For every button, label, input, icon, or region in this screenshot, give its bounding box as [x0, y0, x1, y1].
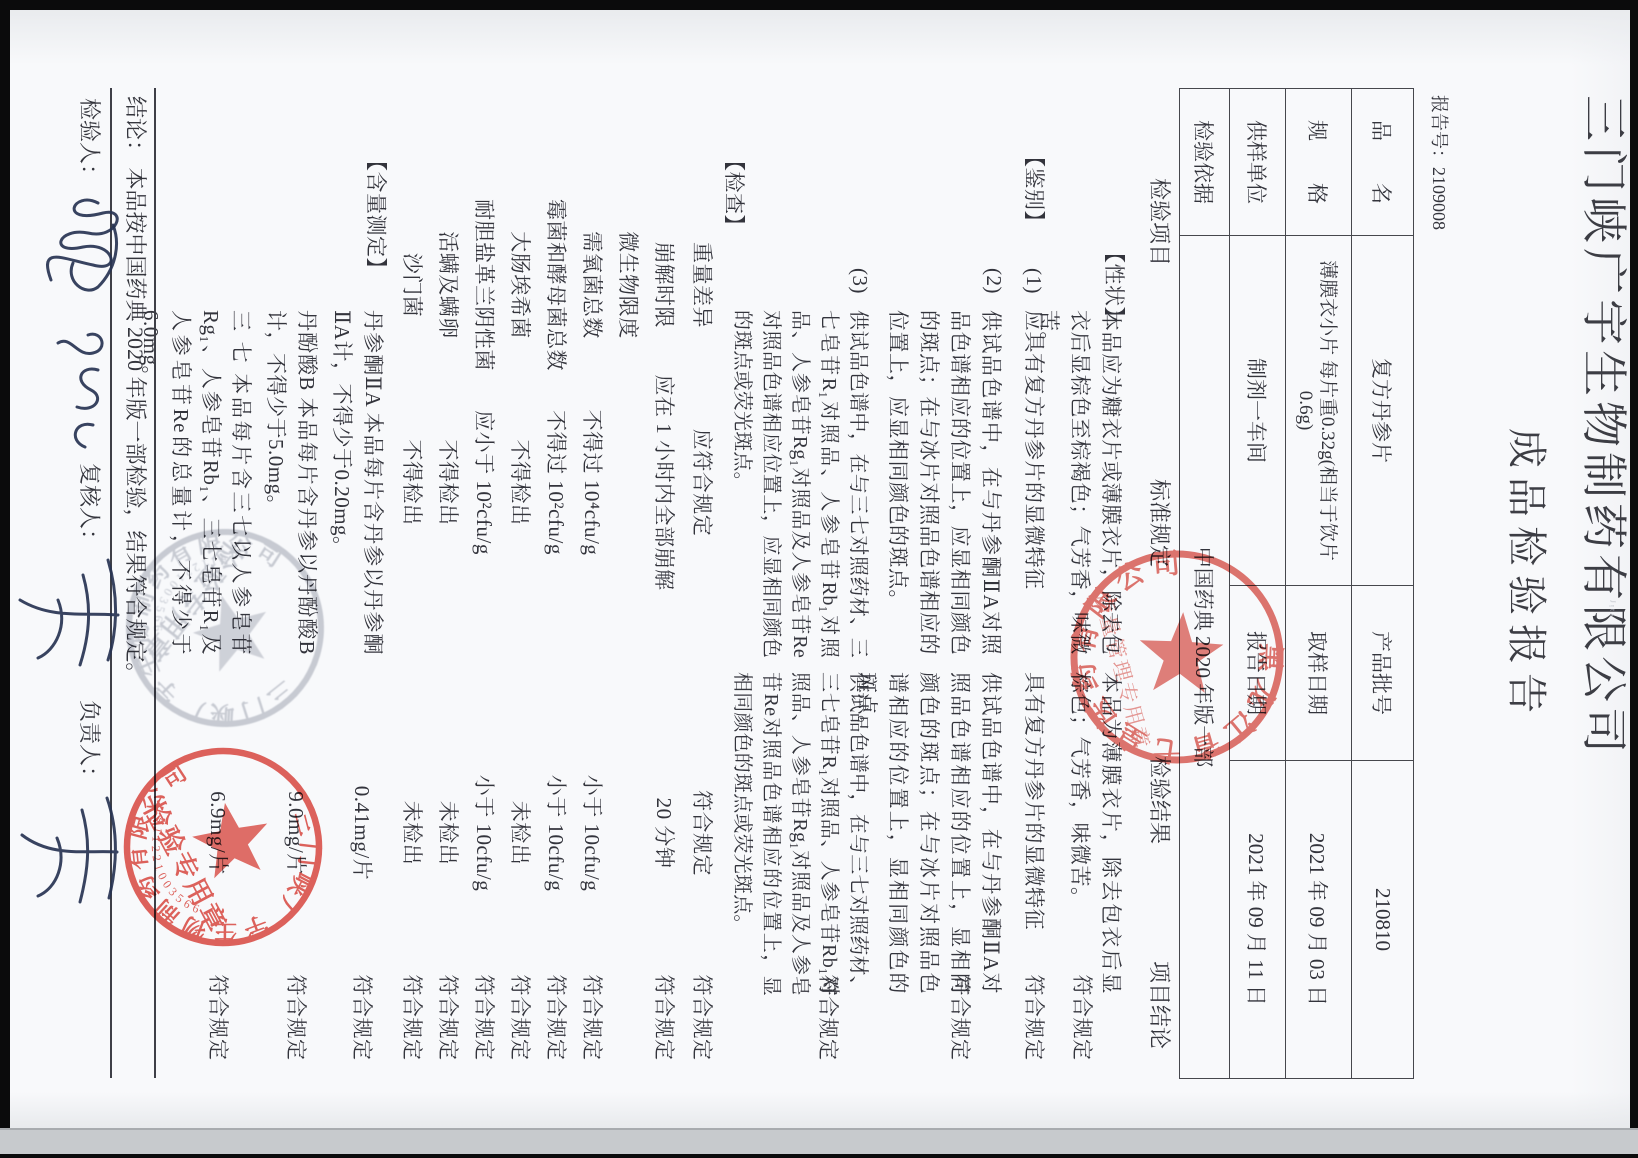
responsible-label: 负责人：	[78, 700, 100, 788]
scanned-report-image: 三门峡广宇生物制药有限公司 成品检验报告 报告号：2109008 ᴶᵎᵗᶺ 品 …	[0, 0, 1638, 1158]
ecoli-standard: 不得检出	[509, 310, 530, 655]
ident-1-conclusion: 符合规定	[1023, 945, 1044, 1090]
ident-1-no: (1)	[1023, 268, 1044, 294]
report-no-label: 报告号：	[1429, 95, 1449, 167]
ident-3-standard: 供试品色谱中，在与三七对照药材、三七皂苷R₁对照品、人参皂苷Rb₁对照品、人参皂…	[727, 310, 872, 658]
batch-no-label: 产品批号	[1352, 586, 1414, 761]
aerobic-conclusion: 符合规定	[581, 945, 602, 1090]
ident-1-result: 具有复方丹参片的显微特征	[1023, 672, 1044, 930]
salvianolic-conclusion: 符合规定	[285, 945, 306, 1090]
col-header-conclusion: 项目结论	[1148, 920, 1170, 1090]
inspector-signature	[13, 185, 143, 465]
company-title: 三门峡广宇生物制药有限公司	[1580, 95, 1626, 758]
ident-3-conclusion: 符合规定	[817, 945, 838, 1090]
report-date-value: 2021 年 09 月 11 日	[1230, 761, 1286, 1079]
section-check: 【检查】	[723, 150, 744, 236]
basis-label: 检验依据	[1180, 89, 1230, 236]
mold-conclusion: 符合规定	[545, 945, 566, 1090]
ident-2-no: (2)	[983, 268, 1004, 294]
page-title: 成品检验报告	[1506, 428, 1546, 722]
weight-conclusion: 符合规定	[691, 945, 712, 1090]
star-icon	[1136, 604, 1235, 705]
aerobic-standard: 不得过 10⁴cfu/g	[581, 310, 602, 655]
weight-standard: 应符合规定	[691, 310, 712, 655]
product-name-label: 品 名	[1352, 89, 1414, 236]
table-row: 规 格 薄膜衣小片 每片重0.32g(相当于饮片0.6g) 取样日期 2021 …	[1286, 89, 1352, 1079]
product-name-value: 复方丹参片	[1352, 236, 1414, 586]
batch-no-value: 210810	[1352, 761, 1414, 1079]
mites-standard: 不得检出	[437, 310, 458, 655]
disintegration-standard: 应在 1 小时内全部崩解	[653, 310, 674, 655]
ecoli-conclusion: 符合规定	[509, 945, 530, 1090]
scan-edge-strip	[0, 1128, 1638, 1154]
appearance-conclusion: 符合规定	[1071, 945, 1092, 1090]
disintegration-conclusion: 符合规定	[653, 945, 674, 1090]
section-assay: 【含量测定】	[365, 150, 386, 279]
mold-standard: 不得过 10²cfu/g	[545, 310, 566, 655]
ident-3-no: (3)	[849, 268, 870, 294]
ident-1-standard: 应具有复方丹参片的显微特征	[1023, 310, 1044, 590]
tanshinone-conclusion: 符合规定	[351, 945, 372, 1090]
ident-2-conclusion: 符合规定	[949, 945, 970, 1090]
sample-unit-label: 供样单位	[1230, 89, 1286, 236]
inspector-label: 检验人：	[78, 98, 100, 186]
report-no-value: 2109008	[1429, 167, 1449, 230]
rotated-document: 三门峡广宇生物制药有限公司 成品检验报告 报告号：2109008 ᴶᵎᵗᶺ 品 …	[0, 0, 1638, 1158]
salmonella-standard: 不得检出	[401, 310, 422, 655]
report-no: 报告号：2109008	[1430, 95, 1448, 230]
sampling-date-value: 2021 年 09 月 03 日	[1286, 761, 1352, 1079]
spec-label: 规 格	[1286, 89, 1352, 236]
col-header-item: 检验项目	[1148, 132, 1170, 312]
ident-2-result: 供试品色谱中，在与丹参酮ⅡA对照品色谱相应的位置上，显相同颜色的斑点；在与冰片对…	[851, 672, 1006, 994]
item-microbial-limit: 微生物限度	[617, 150, 638, 420]
ident-2-standard: 供试品色谱中，在与丹参酮ⅡA对照品色谱相应的位置上，应显相同颜色的斑点；在与冰片…	[882, 310, 1006, 655]
table-row: 品 名 复方丹参片 产品批号 210810	[1352, 89, 1414, 1079]
ident-3-result: 供试品色谱中，在与三七对照药材、三七皂苷R₁对照品、人参皂苷Rb₁对照品、人参皂…	[727, 672, 872, 996]
bile-standard: 应小于 10²cfu/g	[473, 310, 494, 655]
reviewer-label: 复核人：	[78, 463, 100, 551]
spec-value: 薄膜衣小片 每片重0.32g(相当于饮片0.6g)	[1286, 236, 1352, 586]
section-identification: 【鉴别】	[1023, 146, 1044, 232]
bile-conclusion: 符合规定	[473, 945, 494, 1090]
scan-artifact: ᴶᵎᵗᶺ	[1603, 600, 1618, 619]
salmonella-conclusion: 符合规定	[401, 945, 422, 1090]
mites-conclusion: 符合规定	[437, 945, 458, 1090]
